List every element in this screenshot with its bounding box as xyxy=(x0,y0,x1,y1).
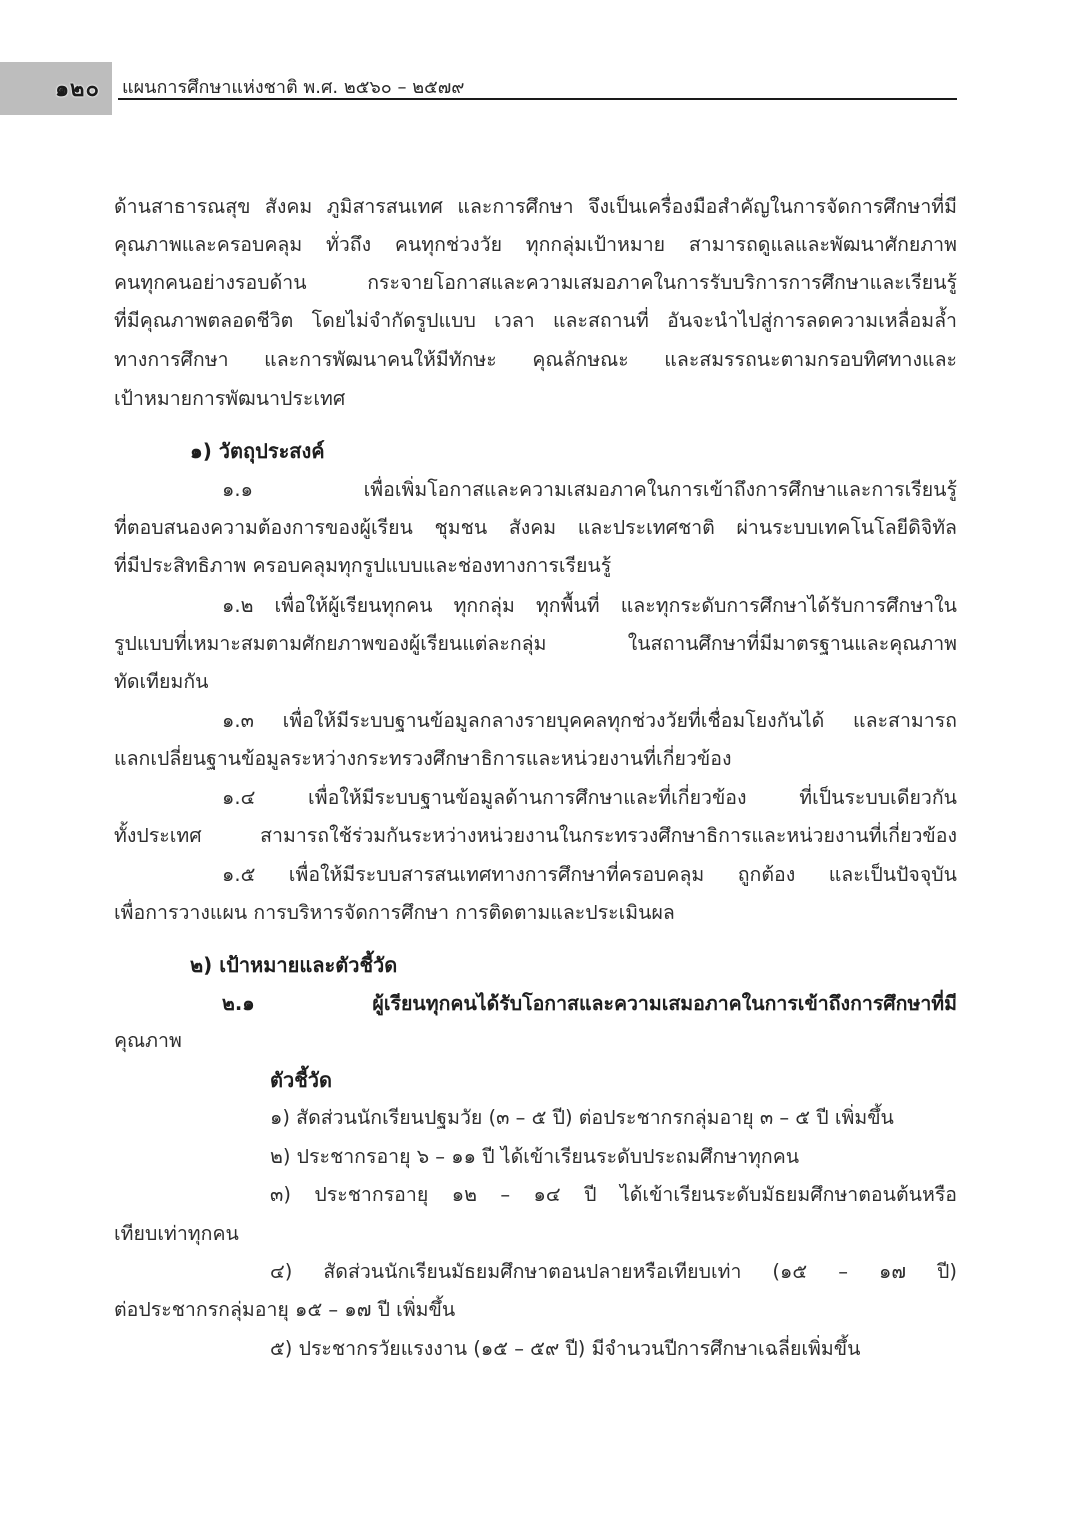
intro-line: ทางการศึกษา และการพัฒนาคนให้มีทักษะ คุณล… xyxy=(114,346,957,374)
header-rule xyxy=(118,98,957,100)
intro-line: เป้าหมายการพัฒนาประเทศ xyxy=(114,385,345,413)
intro-line: ที่มีคุณภาพตลอดชีวิต โดยไม่จำกัดรูปแบบ เ… xyxy=(114,307,957,335)
objective-1-4-line: ๑.๔ เพื่อให้มีระบบฐานข้อมูลด้านการศึกษาแ… xyxy=(222,784,957,812)
indicator-4-line: ต่อประชากรกลุ่มอายุ ๑๕ – ๑๗ ปี เพิ่มขึ้น xyxy=(114,1296,455,1324)
objective-1-1-line: ที่ตอบสนองความต้องการของผู้เรียน ชุมชน ส… xyxy=(114,514,957,542)
objective-1-4-line: ทั้งประเทศ สามารถใช้ร่วมกันระหว่างหน่วยง… xyxy=(114,822,957,850)
indicator-4-line: ๔) สัดส่วนนักเรียนมัธยมศึกษาตอนปลายหรือเ… xyxy=(270,1258,957,1286)
indicator-3-line: ๓) ประชากรอายุ ๑๒ – ๑๔ ปี ได้เข้าเรียนระ… xyxy=(270,1181,957,1209)
objective-1-1-line: ๑.๑ เพื่อเพิ่มโอกาสและความเสมอภาคในการเข… xyxy=(222,476,957,504)
running-title: แผนการศึกษาแห่งชาติ พ.ศ. ๒๕๖๐ – ๒๕๗๙ xyxy=(122,72,464,101)
indicator-5: ๕) ประชากรวัยแรงงาน (๑๕ – ๕๙ ปี) มีจำนวน… xyxy=(270,1335,860,1363)
objective-1-2-line: รูปแบบที่เหมาะสมตามศักยภาพของผู้เรียนแต่… xyxy=(114,630,957,658)
indicator-2: ๒) ประชากรอายุ ๖ – ๑๑ ปี ได้เข้าเรียนระด… xyxy=(270,1143,799,1171)
objective-1-2-line: ทัดเทียมกัน xyxy=(114,668,208,696)
objective-1-3-line: ๑.๓ เพื่อให้มีระบบฐานข้อมูลกลางรายบุคคลท… xyxy=(222,707,957,735)
goal-2-1-line: ๒.๑ ผู้เรียนทุกคนได้รับโอกาสและความเสมอภ… xyxy=(222,990,957,1018)
objective-1-1-line: ที่มีประสิทธิภาพ ครอบคลุมทุกรูปแบบและช่อ… xyxy=(114,552,611,580)
goal-2-1-line: คุณภาพ xyxy=(114,1027,182,1055)
objective-1-5-line: เพื่อการวางแผน การบริหารจัดการศึกษา การต… xyxy=(114,899,675,927)
intro-line: ด้านสาธารณสุข สังคม ภูมิสารสนเทศ และการศ… xyxy=(114,193,957,221)
section2-heading: ๒) เป้าหมายและตัวชี้วัด xyxy=(190,951,397,979)
indicator-3-line: เทียบเท่าทุกคน xyxy=(114,1220,239,1248)
section1-heading: ๑) วัตถุประสงค์ xyxy=(190,437,325,465)
indicator-1: ๑) สัดส่วนนักเรียนปฐมวัย (๓ – ๕ ปี) ต่อป… xyxy=(270,1104,894,1132)
objective-1-5-line: ๑.๕ เพื่อให้มีระบบสารสนเทศทางการศึกษาที่… xyxy=(222,861,957,889)
intro-line: คนทุกคนอย่างรอบด้าน กระจายโอกาสและความเส… xyxy=(114,269,957,297)
objective-1-2-line: ๑.๒ เพื่อให้ผู้เรียนทุกคน ทุกกลุ่ม ทุกพื… xyxy=(222,592,957,620)
objective-1-3-line: แลกเปลี่ยนฐานข้อมูลระหว่างกระทรวงศึกษาธิ… xyxy=(114,745,731,773)
page-number-box: ๑๒๐ xyxy=(0,62,112,115)
intro-line: คุณภาพและครอบคลุม ทั่วถึง คนทุกช่วงวัย ท… xyxy=(114,231,957,259)
indicators-heading: ตัวชี้วัด xyxy=(270,1066,332,1094)
page-number: ๑๒๐ xyxy=(55,71,112,106)
